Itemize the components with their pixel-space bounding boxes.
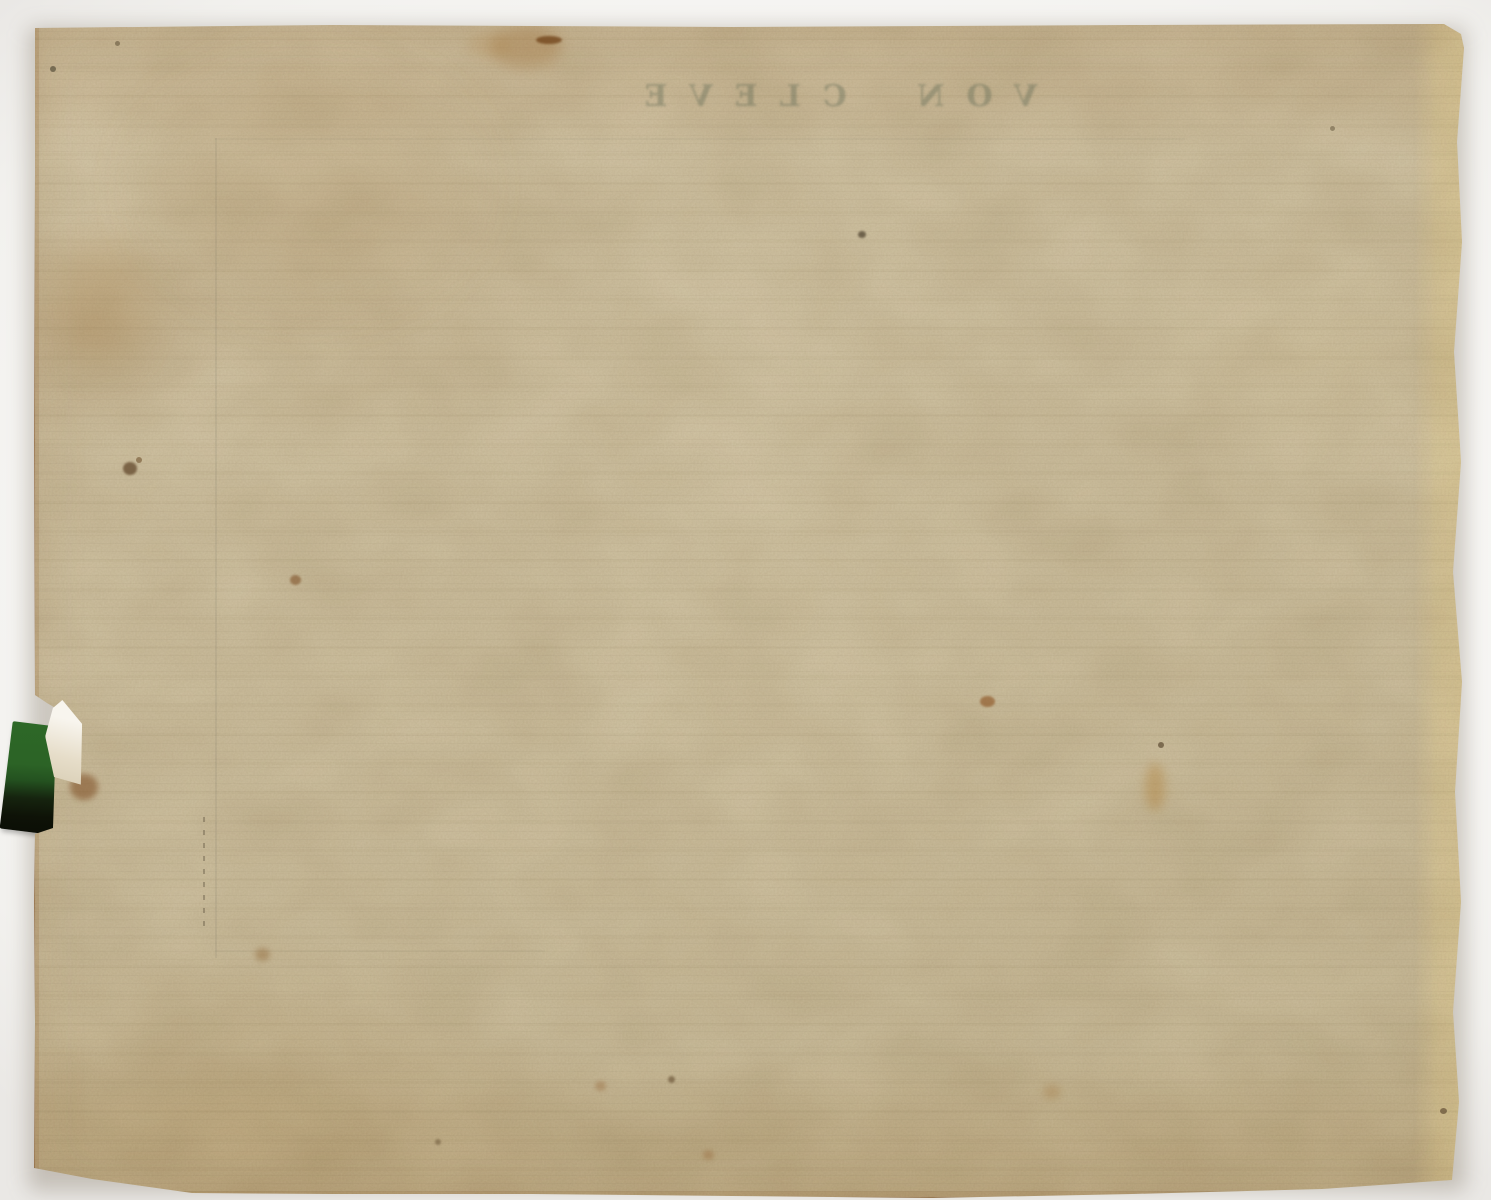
- stain-spot: [115, 41, 120, 46]
- stain-spot: [1145, 763, 1165, 811]
- stain-spot: [703, 1150, 714, 1160]
- stain-spot: [1330, 126, 1335, 131]
- stain-spot: [1043, 1085, 1061, 1099]
- stain-spot: [255, 948, 270, 961]
- stain-layer: [32, 22, 1466, 1200]
- stain-spot: [1158, 742, 1164, 748]
- stain-spot: [50, 66, 56, 72]
- stain-spot: [468, 32, 510, 58]
- stain-spot: [595, 1081, 606, 1091]
- stain-spot: [136, 457, 142, 463]
- stain-spot: [290, 575, 301, 585]
- paper-sheet: VON CLEVE: [32, 22, 1466, 1200]
- stain-spot: [52, 242, 147, 367]
- stain-spot: [123, 462, 137, 475]
- stain-spot: [980, 696, 995, 707]
- photo-backdrop: VON CLEVE: [0, 0, 1491, 1200]
- stain-spot: [1440, 1108, 1447, 1114]
- stain-spot: [152, 82, 462, 292]
- stain-spot: [668, 1076, 675, 1083]
- stain-spot: [435, 1139, 441, 1145]
- stain-spot: [858, 231, 866, 238]
- stain-spot: [536, 36, 562, 44]
